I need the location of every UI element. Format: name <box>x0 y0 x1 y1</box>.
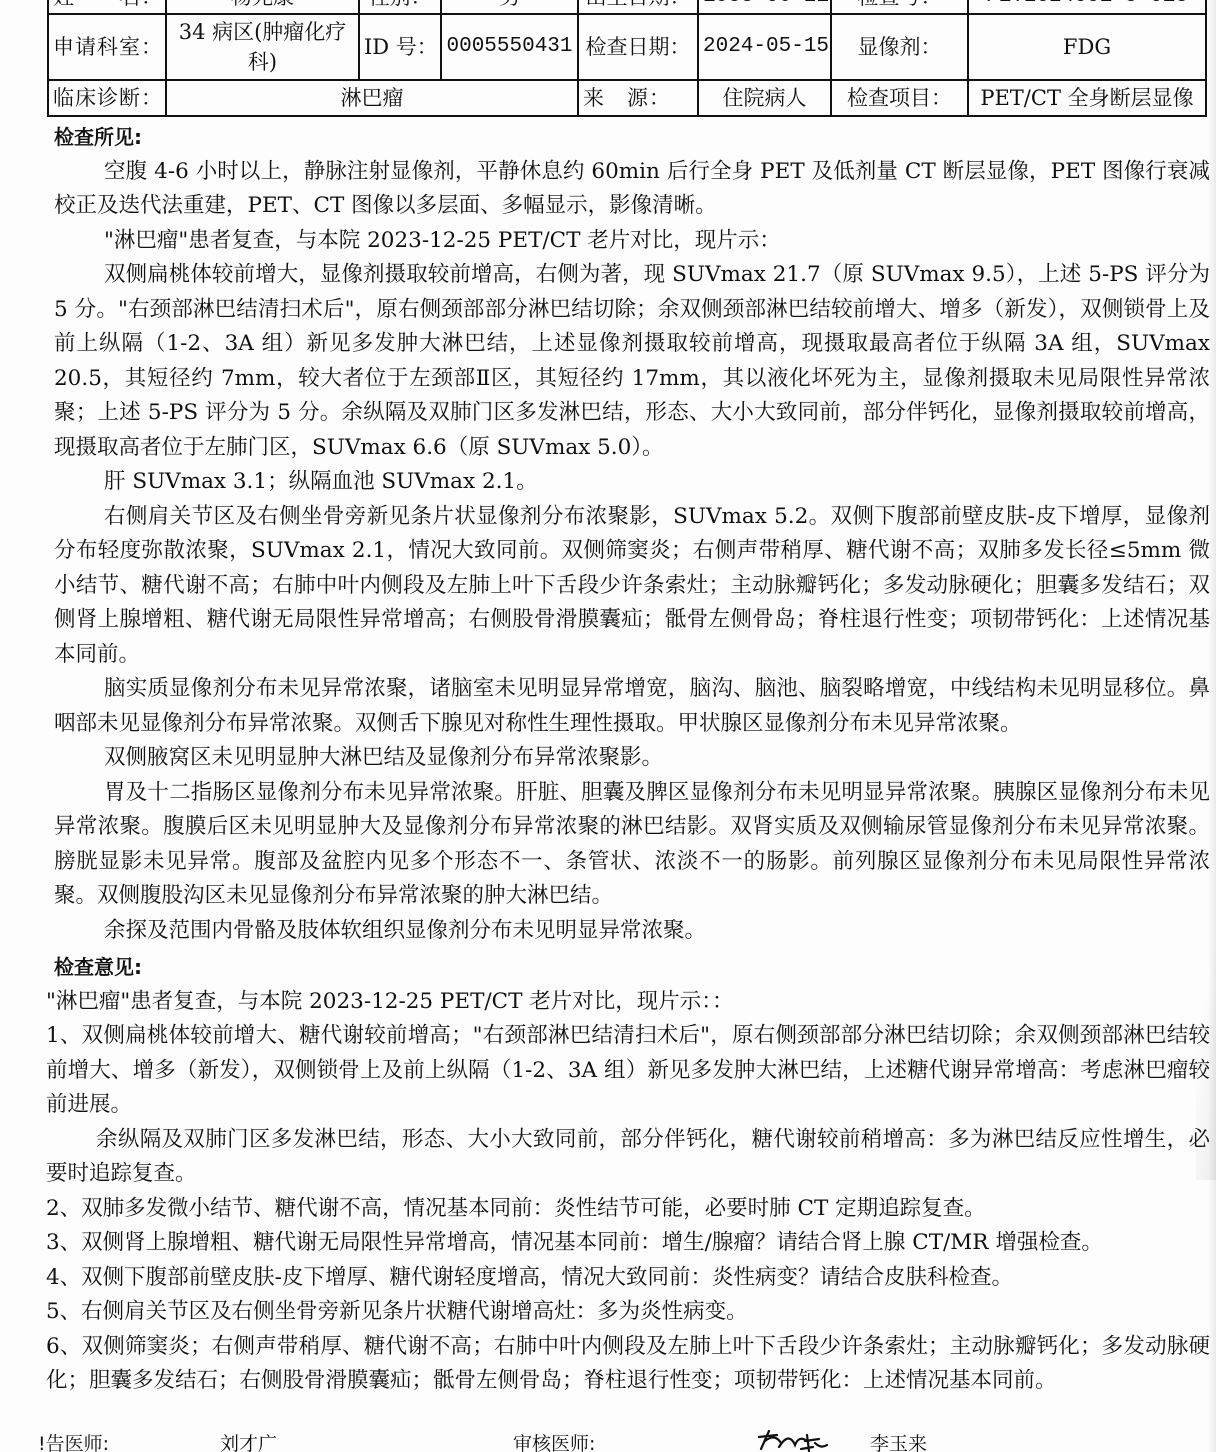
diagnosis-label: 临床诊断： <box>48 80 166 116</box>
tracer-value: FDG <box>968 14 1206 80</box>
impression-title: 检查意见: <box>54 950 1210 985</box>
impression-item: 6、双侧筛窦炎；右侧声带稍厚、糖代谢不高；右肺中叶内侧段及左肺上叶下舌段少许条索… <box>46 1330 1210 1399</box>
info-row-dept: 申请科室： 34 病区(肿瘤化疗科) ID 号： 0005550431 检查日期… <box>48 14 1206 80</box>
findings-paragraph: 脑实质显像剂分布未见异常浓聚，诸脑室未见明显异常增宽，脑沟、脑池、脑裂略增宽，中… <box>50 672 1210 741</box>
impression-section: 检查意见: "淋巴瘤"患者复查，与本院 2023-12-25 PET/CT 老片… <box>50 950 1210 1399</box>
source-label: 来 源： <box>578 80 698 116</box>
info-row-diagnosis: 临床诊断： 淋巴瘤 来 源： 住院病人 检查项目： PET/CT 全身断层显像 <box>48 80 1206 116</box>
impression-item: 余纵隔及双肺门区多发淋巴结，形态、大小大致同前，部分伴钙化，糖代谢较前稍增高：多… <box>46 1123 1210 1192</box>
name-label: 姓 名： <box>48 0 166 14</box>
review-doctor-name: 李玉来 <box>870 1429 927 1452</box>
exam-date-label: 检查日期： <box>578 14 698 80</box>
exam-no-label: 检查号： <box>831 0 968 14</box>
source-value: 住院病人 <box>698 80 831 116</box>
dept-value: 34 病区(肿瘤化疗科) <box>166 14 359 80</box>
sex-label: 性别： <box>359 0 441 14</box>
report-doctor-name: 刘才广 <box>220 1429 277 1452</box>
dept-label: 申请科室： <box>48 14 166 80</box>
impression-item: 5、右侧肩关节区及右侧坐骨旁新见条片状糖代谢增高灶：多为炎性病变。 <box>46 1295 1210 1330</box>
diagnosis-value: 淋巴瘤 <box>166 80 578 116</box>
exam-no-value: PET2024051 5-013 <box>968 0 1206 14</box>
findings-title: 检查所见: <box>54 120 1210 155</box>
findings-section: 检查所见: 空腹 4-6 小时以上，静脉注射显像剂，平静休息约 60min 后行… <box>50 120 1210 948</box>
patient-info-table: 姓 名： 杨光康 性别： 男 出生日期： 1953-06-21 检查号： PET… <box>47 0 1207 117</box>
findings-paragraph: "淋巴瘤"患者复查，与本院 2023-12-25 PET/CT 老片对比，现片示… <box>50 224 1210 259</box>
id-value: 0005550431 <box>441 14 578 80</box>
page-fold-shadow <box>1196 880 1216 1180</box>
impression-item: 2、双肺多发微小结节、糖代谢不高，情况基本同前：炎性结节可能，必要时肺 CT 定… <box>46 1192 1210 1227</box>
impression-item: 4、双侧下腹部前壁皮肤-皮下增厚、糖代谢轻度增高，情况大致同前：炎性病变？请结合… <box>46 1261 1210 1296</box>
impression-item: 1、双侧扁桃体较前增大、糖代谢较前增高；"右颈部淋巴结清扫术后"，原右侧颈部部分… <box>46 1019 1210 1123</box>
exam-item-label: 检查项目： <box>831 80 968 116</box>
id-label: ID 号： <box>359 14 441 80</box>
dob-label: 出生日期： <box>578 0 698 14</box>
findings-paragraph: 双侧腋窝区未见明显肿大淋巴结及显像剂分布异常浓聚影。 <box>50 741 1210 776</box>
page-edge-shadow <box>1208 0 1216 1452</box>
sex-value: 男 <box>441 0 578 14</box>
report-body: 检查所见: 空腹 4-6 小时以上，静脉注射显像剂，平静休息约 60min 后行… <box>50 120 1210 1399</box>
handwritten-signature-icon <box>755 1423 835 1452</box>
review-doctor-label: 审核医师: <box>513 1429 595 1452</box>
info-row-patient: 姓 名： 杨光康 性别： 男 出生日期： 1953-06-21 检查号： PET… <box>48 0 1206 14</box>
findings-paragraph: 空腹 4-6 小时以上，静脉注射显像剂，平静休息约 60min 后行全身 PET… <box>50 155 1210 224</box>
impression-intro: "淋巴瘤"患者复查，与本院 2023-12-25 PET/CT 老片对比，现片示… <box>46 985 1210 1020</box>
findings-paragraph: 双侧扁桃体较前增大，显像剂摄取较前增高，右侧为著，现 SUVmax 21.7（原… <box>50 258 1210 465</box>
exam-date-value: 2024-05-15 <box>698 14 831 80</box>
report-doctor-label: !告医师: <box>38 1429 109 1452</box>
name-value: 杨光康 <box>166 0 359 14</box>
dob-value: 1953-06-21 <box>698 0 831 14</box>
findings-paragraph: 余探及范围内骨骼及肢体软组织显像剂分布未见明显异常浓聚。 <box>50 914 1210 949</box>
findings-paragraph: 右侧肩关节区及右侧坐骨旁新见条片状显像剂分布浓聚影，SUVmax 5.2。双侧下… <box>50 500 1210 673</box>
tracer-label: 显像剂： <box>831 14 968 80</box>
impression-item: 3、双侧肾上腺增粗、糖代谢无局限性异常增高，情况基本同前：增生/腺瘤？请结合肾上… <box>46 1226 1210 1261</box>
exam-item-value: PET/CT 全身断层显像 <box>968 80 1206 116</box>
report-footer: !告医师: 刘才广 审核医师: 李玉来 <box>38 1423 1208 1452</box>
findings-paragraph: 肝 SUVmax 3.1；纵隔血池 SUVmax 2.1。 <box>50 465 1210 500</box>
findings-paragraph: 胃及十二指肠区显像剂分布未见异常浓聚。肝脏、胆囊及脾区显像剂分布未见明显异常浓聚… <box>50 776 1210 914</box>
